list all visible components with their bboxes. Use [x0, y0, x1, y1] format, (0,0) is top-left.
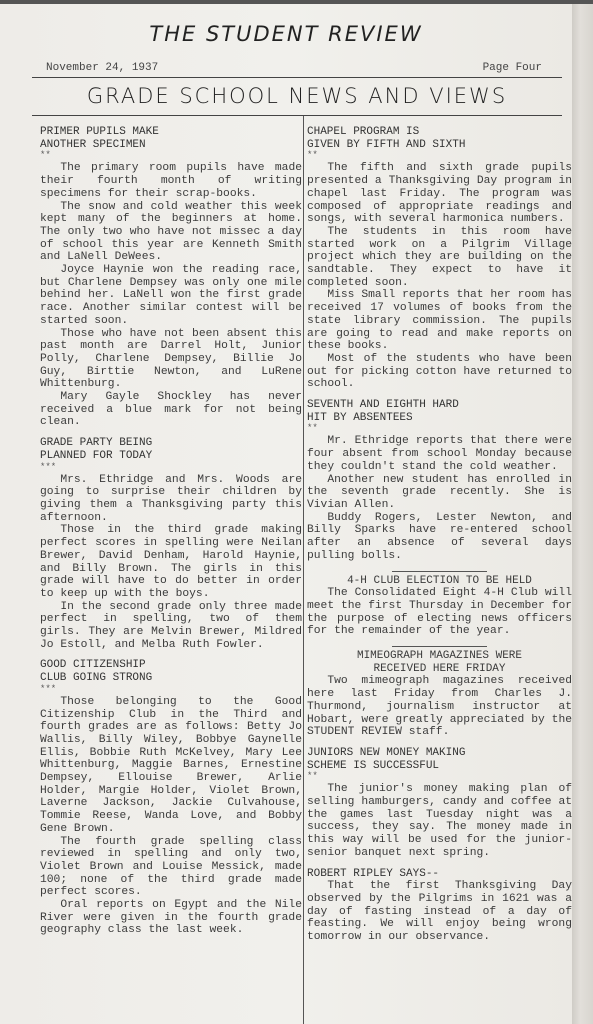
- article-paragraph: The snow and cold weather this week kept…: [40, 201, 302, 265]
- article-headline: PRIMER PUPILS MAKE ANOTHER SPECIMEN: [40, 126, 302, 151]
- article-paragraph: Those in the third grade making perfect …: [40, 524, 302, 600]
- divider-rule: [32, 115, 562, 116]
- headline-mark: **: [40, 151, 302, 160]
- article-seventh-eighth: SEVENTH AND EIGHTH HARD HIT BY ABSENTEES…: [307, 399, 572, 562]
- article-paragraph: The fifth and sixth grade pupils present…: [307, 162, 572, 226]
- article-paragraph: The Consolidated Eight 4-H Club will mee…: [307, 587, 572, 638]
- article-juniors-money: JUNIORS NEW MONEY MAKING SCHEME IS SUCCE…: [307, 747, 572, 860]
- article-grade-party: GRADE PARTY BEING PLANNED FOR TODAY *** …: [40, 437, 302, 651]
- article-paragraph: The junior's money making plan of sellin…: [307, 783, 572, 859]
- headline-mark: **: [307, 424, 572, 433]
- article-paragraph: The fourth grade spelling class reviewed…: [40, 836, 302, 900]
- article-paragraph: Those belonging to the Good Citizenship …: [40, 696, 302, 836]
- article-headline: CHAPEL PROGRAM IS GIVEN BY FIFTH AND SIX…: [307, 126, 572, 151]
- section-title: GRADE SCHOOL NEWS AND VIEWS: [32, 84, 562, 108]
- article-paragraph: Two mimeograph magazines received here l…: [307, 675, 572, 739]
- headline-mark: **: [307, 772, 572, 781]
- article-paragraph: Mr. Ethridge reports that there were fou…: [307, 435, 572, 473]
- headline-mark: ***: [40, 685, 302, 694]
- article-mimeograph-magazines: MIMEOGRAPH MAGAZINES WERE RECEIVED HERE …: [307, 646, 572, 739]
- article-paragraph: Buddy Rogers, Lester Newton, and Billy S…: [307, 512, 572, 563]
- article-headline: 4-H CLUB ELECTION TO BE HELD: [307, 575, 572, 588]
- headline-mark: **: [307, 151, 572, 160]
- scan-top-edge: [0, 0, 593, 4]
- article-chapel-program: CHAPEL PROGRAM IS GIVEN BY FIFTH AND SIX…: [307, 126, 572, 391]
- article-paragraph: Joyce Haynie won the reading race, but C…: [40, 264, 302, 328]
- article-headline: MIMEOGRAPH MAGAZINES WERE RECEIVED HERE …: [307, 650, 572, 675]
- masthead: THE STUDENT REVIEW: [0, 22, 572, 46]
- divider-rule: [392, 571, 487, 572]
- article-paragraph: Another new student has enrolled in the …: [307, 474, 572, 512]
- page-binding-gutter: [572, 0, 593, 1024]
- article-headline: GOOD CITIZENSHIP CLUB GOING STRONG: [40, 659, 302, 684]
- dateline: November 24, 1937 Page Four: [46, 62, 564, 74]
- divider-rule: [32, 77, 562, 78]
- article-paragraph: In the second grade only three made perf…: [40, 601, 302, 652]
- article-paragraph: Most of the students who have been out f…: [307, 353, 572, 391]
- article-headline: ROBERT RIPLEY SAYS--: [307, 868, 572, 881]
- article-headline: JUNIORS NEW MONEY MAKING SCHEME IS SUCCE…: [307, 747, 572, 772]
- divider-rule: [392, 646, 487, 647]
- page-number: Page Four: [483, 62, 542, 74]
- issue-date: November 24, 1937: [46, 62, 158, 74]
- article-paragraph: That the first Thanksgiving Day observed…: [307, 880, 572, 944]
- article-paragraph: The students in this room have started w…: [307, 226, 572, 290]
- article-headline: SEVENTH AND EIGHTH HARD HIT BY ABSENTEES: [307, 399, 572, 424]
- article-good-citizenship: GOOD CITIZENSHIP CLUB GOING STRONG *** T…: [40, 659, 302, 937]
- article-headline: GRADE PARTY BEING PLANNED FOR TODAY: [40, 437, 302, 462]
- article-paragraph: Those who have not been absent this past…: [40, 328, 302, 392]
- article-ripley: ROBERT RIPLEY SAYS-- That the first Than…: [307, 868, 572, 944]
- headline-mark: ***: [40, 463, 302, 472]
- article-paragraph: Oral reports on Egypt and the Nile River…: [40, 899, 302, 937]
- right-column: CHAPEL PROGRAM IS GIVEN BY FIFTH AND SIX…: [307, 126, 572, 952]
- article-primer-pupils: PRIMER PUPILS MAKE ANOTHER SPECIMEN ** T…: [40, 126, 302, 429]
- article-paragraph: Mrs. Ethridge and Mrs. Woods are going t…: [40, 474, 302, 525]
- article-paragraph: The primary room pupils have made their …: [40, 162, 302, 200]
- left-column: PRIMER PUPILS MAKE ANOTHER SPECIMEN ** T…: [40, 126, 302, 945]
- article-paragraph: Mary Gayle Shockley has never received a…: [40, 391, 302, 429]
- article-4h-election: 4-H CLUB ELECTION TO BE HELD The Consoli…: [307, 571, 572, 639]
- article-paragraph: Miss Small reports that her room has rec…: [307, 289, 572, 353]
- column-divider: [303, 116, 304, 1024]
